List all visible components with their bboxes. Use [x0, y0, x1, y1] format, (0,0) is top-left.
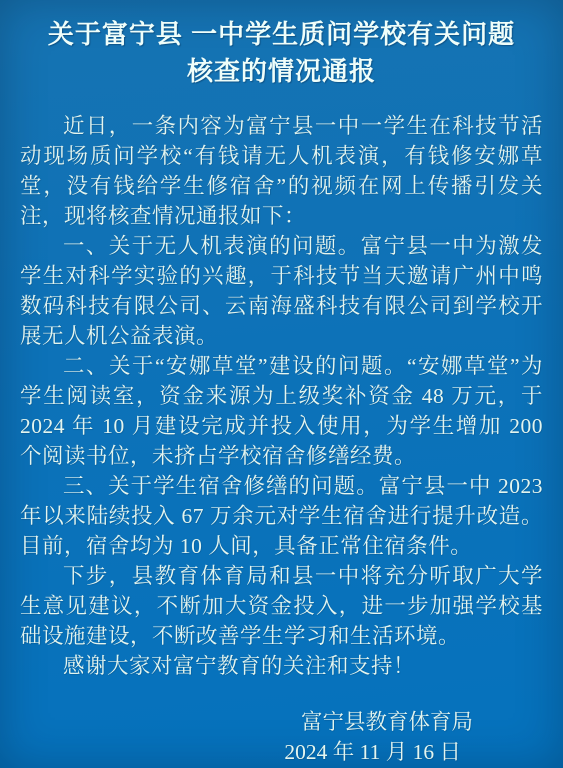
- notice-page: 关于富宁县 一中学生质问学校有关问题 核查的情况通报 近日，一条内容为富宁县一中…: [0, 0, 563, 768]
- notice-paragraph-thanks: 感谢大家对富宁教育的关注和支持！: [20, 651, 543, 681]
- notice-paragraph-item1: 一、关于无人机表演的问题。富宁县一中为激发学生对科学实验的兴趣，于科技节当天邀请…: [20, 231, 543, 351]
- notice-paragraph-item3: 三、关于学生宿舍修缮的问题。富宁县一中 2023 年以来陆续投入 67 万余元对…: [20, 471, 543, 561]
- notice-body: 近日，一条内容为富宁县一中一学生在科技节活动现场质问学校“有钱请无人机表演，有钱…: [20, 111, 543, 681]
- notice-title-line2: 核查的情况通报: [20, 53, 543, 90]
- notice-date: 2024 年 11 月 16 日: [20, 737, 543, 767]
- notice-paragraph-next-steps: 下步，县教育体育局和县一中将充分听取广大学生意见建议，不断加大资金投入，进一步加…: [20, 561, 543, 651]
- notice-signature: 富宁县教育体育局: [20, 707, 543, 737]
- notice-title: 关于富宁县 一中学生质问学校有关问题 核查的情况通报: [20, 16, 543, 90]
- notice-paragraph-item2: 二、关于“安娜草堂”建设的问题。“安娜草堂”为学生阅读室，资金来源为上级奖补资金…: [20, 351, 543, 471]
- notice-title-line1: 关于富宁县 一中学生质问学校有关问题: [20, 16, 543, 53]
- notice-paragraph-intro: 近日，一条内容为富宁县一中一学生在科技节活动现场质问学校“有钱请无人机表演，有钱…: [20, 111, 543, 231]
- notice-footer: 富宁县教育体育局 2024 年 11 月 16 日: [20, 707, 543, 767]
